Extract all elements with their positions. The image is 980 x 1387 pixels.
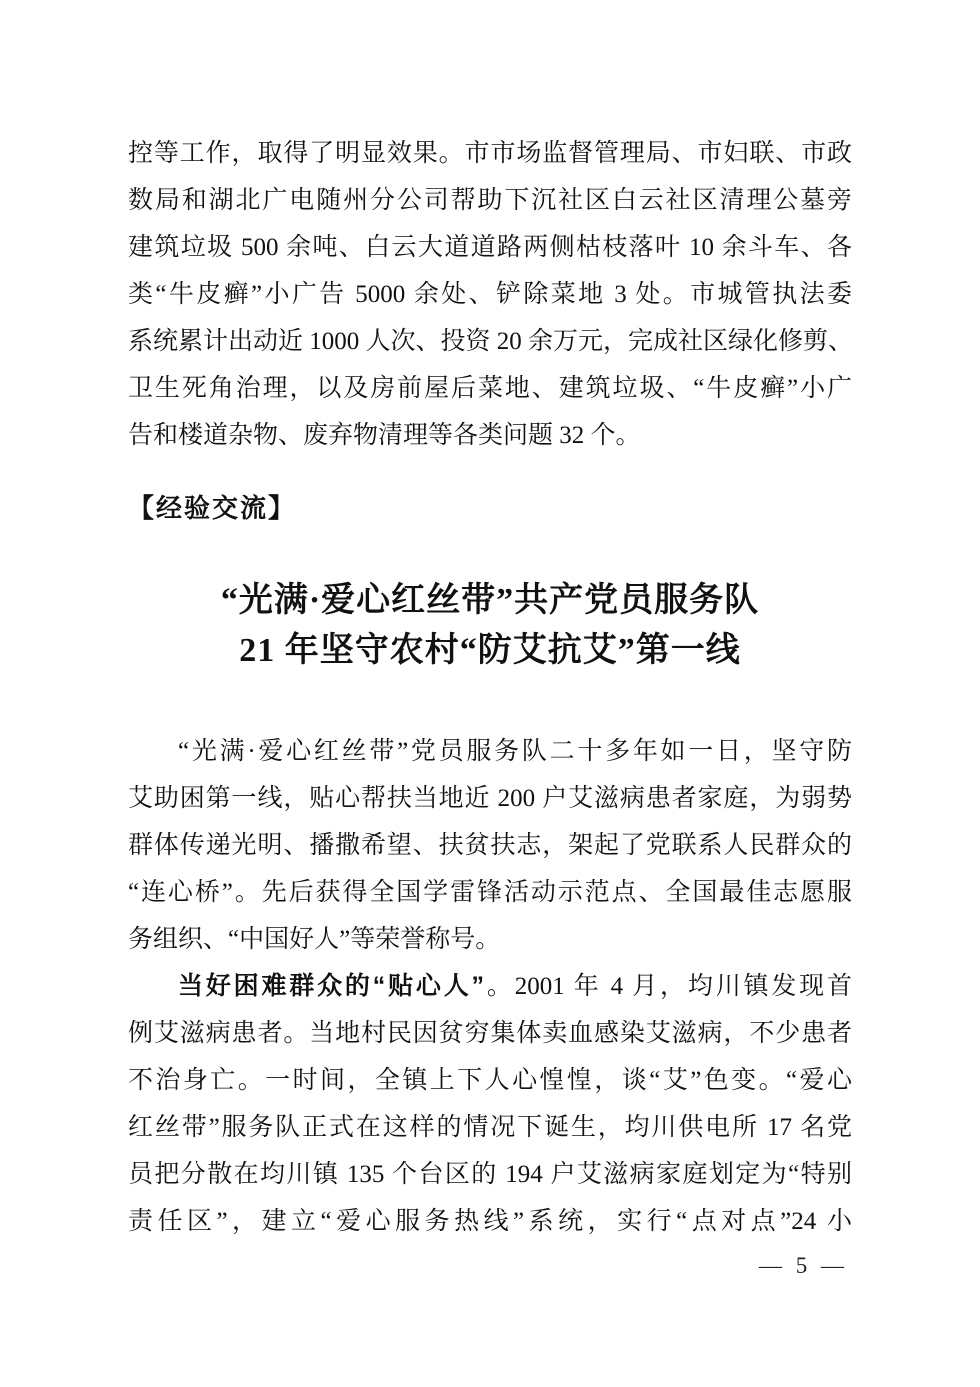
body-line: 艾助困第一线，贴心帮扶当地近 200 户艾滋病患者家庭，为弱势 xyxy=(128,775,852,822)
body-line-rest: 。2001 年 4 月，均川镇发现首 xyxy=(484,973,852,1000)
body-line: “连心桥”。先后获得全国学雷锋活动示范点、全国最佳志愿服 xyxy=(128,869,852,916)
body-line: 系统累计出动近 1000 人次、投资 20 余万元，完成社区绿化修剪、 xyxy=(128,318,852,365)
body-line: 红丝带”服务队正式在这样的情况下诞生，均川供电所 17 名党 xyxy=(128,1104,852,1151)
article-title: “光满·爱心红丝带”共产党员服务队 21 年坚守农村“防艾抗艾”第一线 xyxy=(128,576,852,676)
body-line: 卫生死角治理，以及房前屋后菜地、建筑垃圾、“牛皮癣”小广 xyxy=(128,365,852,412)
paragraph-close-to-people: 当好困难群众的“贴心人”。2001 年 4 月，均川镇发现首 例艾滋病患者。当地… xyxy=(128,963,852,1245)
body-line: 员把分散在均川镇 135 个台区的 194 户艾滋病家庭划定为“特别 xyxy=(128,1151,852,1198)
body-line: 例艾滋病患者。当地村民因贫穷集体卖血感染艾滋病，不少患者 xyxy=(128,1010,852,1057)
body-line: “光满·爱心红丝带”党员服务队二十多年如一日，坚守防 xyxy=(128,728,852,775)
body-line: 类“牛皮癣”小广告 5000 余处、铲除菜地 3 处。市城管执法委 xyxy=(128,271,852,318)
paragraph-cleanup-results: 控等工作，取得了明显效果。市市场监督管理局、市妇联、市政 数局和湖北广电随州分公… xyxy=(128,130,852,459)
body-line: 群体传递光明、播撒希望、扶贫扶志，架起了党联系人民群众的 xyxy=(128,822,852,869)
body-line: 不治身亡。一时间，全镇上下人心惶惶，谈“艾”色变。“爱心 xyxy=(128,1057,852,1104)
paragraph-service-team-intro: “光满·爱心红丝带”党员服务队二十多年如一日，坚守防 艾助困第一线，贴心帮扶当地… xyxy=(128,728,852,963)
body-line: 务组织、“中国好人”等荣誉称号。 xyxy=(128,916,852,963)
article-title-line1: “光满·爱心红丝带”共产党员服务队 xyxy=(128,576,852,626)
body-line: 告和楼道杂物、废弃物清理等各类问题 32 个。 xyxy=(128,412,852,459)
document-page: 控等工作，取得了明显效果。市市场监督管理局、市妇联、市政 数局和湖北广电随州分公… xyxy=(0,0,980,1387)
bold-lead-phrase: 当好困难群众的“贴心人” xyxy=(178,972,484,1000)
section-label-experience-exchange: 【经验交流】 xyxy=(128,485,852,532)
page-number: — 5 — xyxy=(759,1253,848,1279)
body-line: 控等工作，取得了明显效果。市市场监督管理局、市妇联、市政 xyxy=(128,130,852,177)
body-line: 数局和湖北广电随州分公司帮助下沉社区白云社区清理公墓旁 xyxy=(128,177,852,224)
article-title-line2: 21 年坚守农村“防艾抗艾”第一线 xyxy=(128,626,852,676)
body-line: 建筑垃圾 500 余吨、白云大道道路两侧枯枝落叶 10 余斗车、各 xyxy=(128,224,852,271)
body-line: 责任区”，建立“爱心服务热线”系统，实行“点对点”24 小 xyxy=(128,1198,852,1245)
body-line-with-bold-lead: 当好困难群众的“贴心人”。2001 年 4 月，均川镇发现首 xyxy=(128,963,852,1010)
